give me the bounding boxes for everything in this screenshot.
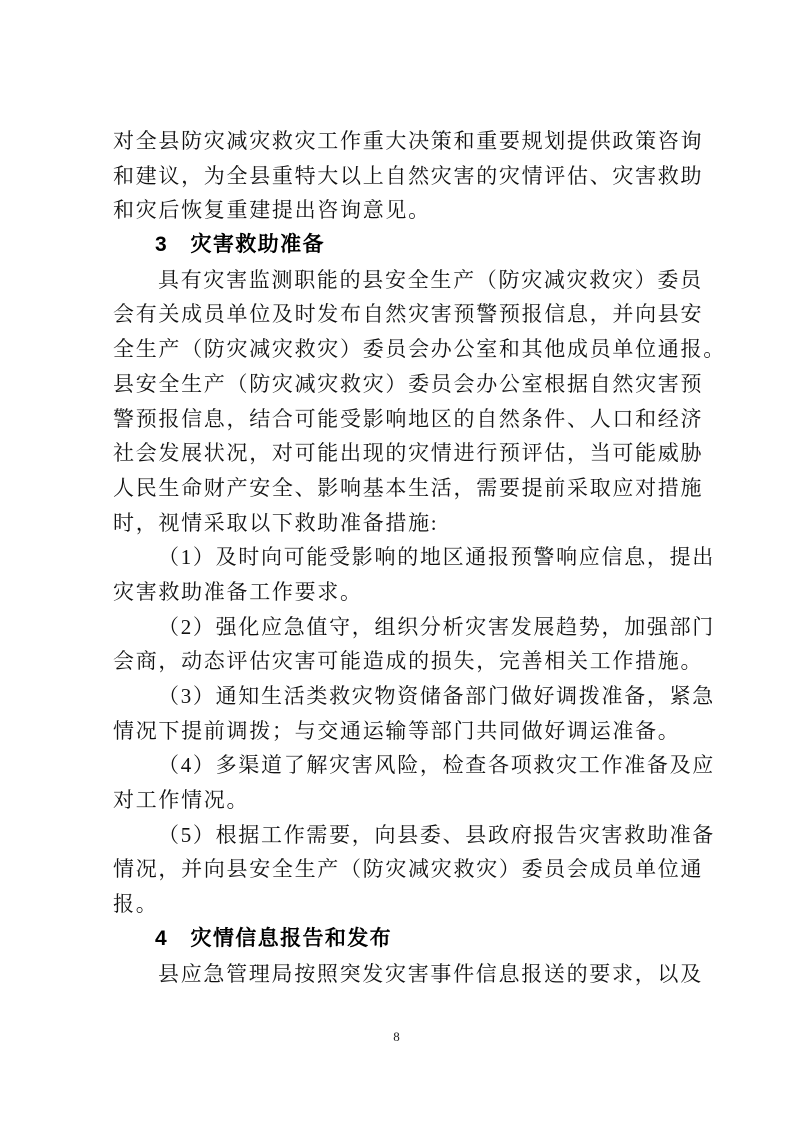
text-line: 人民生命财产安全、影响基本生活，需要提前采取应对措施 [113, 471, 704, 506]
text-line: 县应急管理局按照突发灾害事件信息报送的要求，以及 [113, 957, 704, 992]
text-line: （5）根据工作需要，向县委、县政府报告灾害救助准备 [113, 818, 704, 853]
text-line: 情况下提前调拨；与交通运输等部门共同做好调运准备。 [113, 714, 704, 749]
text-line: 会有关成员单位及时发布自然灾害预警预报信息，并向县安 [113, 297, 704, 332]
text-line: 时，视情采取以下救助准备措施: [113, 506, 704, 541]
text-line: 社会发展状况，对可能出现的灾情进行预评估，当可能威胁 [113, 436, 704, 471]
text-line: （3）通知生活类救灾物资储备部门做好调拨准备，紧急 [113, 679, 704, 714]
section-heading-4: 4 灾情信息报告和发布 [113, 922, 704, 957]
text-line: 对工作情况。 [113, 783, 704, 818]
page-body: 对全县防灾减灾救灾工作重大决策和重要规划提供政策咨询 和建议，为全县重特大以上自… [113, 124, 704, 991]
text-line: 对全县防灾减灾救灾工作重大决策和重要规划提供政策咨询 [113, 124, 704, 159]
text-line: 县安全生产（防灾减灾救灾）委员会办公室根据自然灾害预 [113, 367, 704, 402]
document-page: 对全县防灾减灾救灾工作重大决策和重要规划提供政策咨询 和建议，为全县重特大以上自… [0, 0, 793, 1122]
text-line: （4）多渠道了解灾害风险，检查各项救灾工作准备及应 [113, 748, 704, 783]
text-line: （1）及时向可能受影响的地区通报预警响应信息，提出 [113, 540, 704, 575]
text-line: 全生产（防灾减灾救灾）委员会办公室和其他成员单位通报。 [113, 332, 704, 367]
text-line: 报。 [113, 887, 704, 922]
text-line: 和建议，为全县重特大以上自然灾害的灾情评估、灾害救助 [113, 159, 704, 194]
text-line: 会商，动态评估灾害可能造成的损失，完善相关工作措施。 [113, 644, 704, 679]
text-line: 灾害救助准备工作要求。 [113, 575, 704, 610]
page-number: 8 [0, 1028, 793, 1046]
text-line: 警预报信息，结合可能受影响地区的自然条件、人口和经济 [113, 402, 704, 437]
section-heading-3: 3 灾害救助准备 [113, 228, 704, 263]
text-line: （2）强化应急值守，组织分析灾害发展趋势，加强部门 [113, 610, 704, 645]
text-line: 具有灾害监测职能的县安全生产（防灾减灾救灾）委员 [113, 263, 704, 298]
text-line: 情况，并向县安全生产（防灾减灾救灾）委员会成员单位通 [113, 852, 704, 887]
text-line: 和灾后恢复重建提出咨询意见。 [113, 193, 704, 228]
